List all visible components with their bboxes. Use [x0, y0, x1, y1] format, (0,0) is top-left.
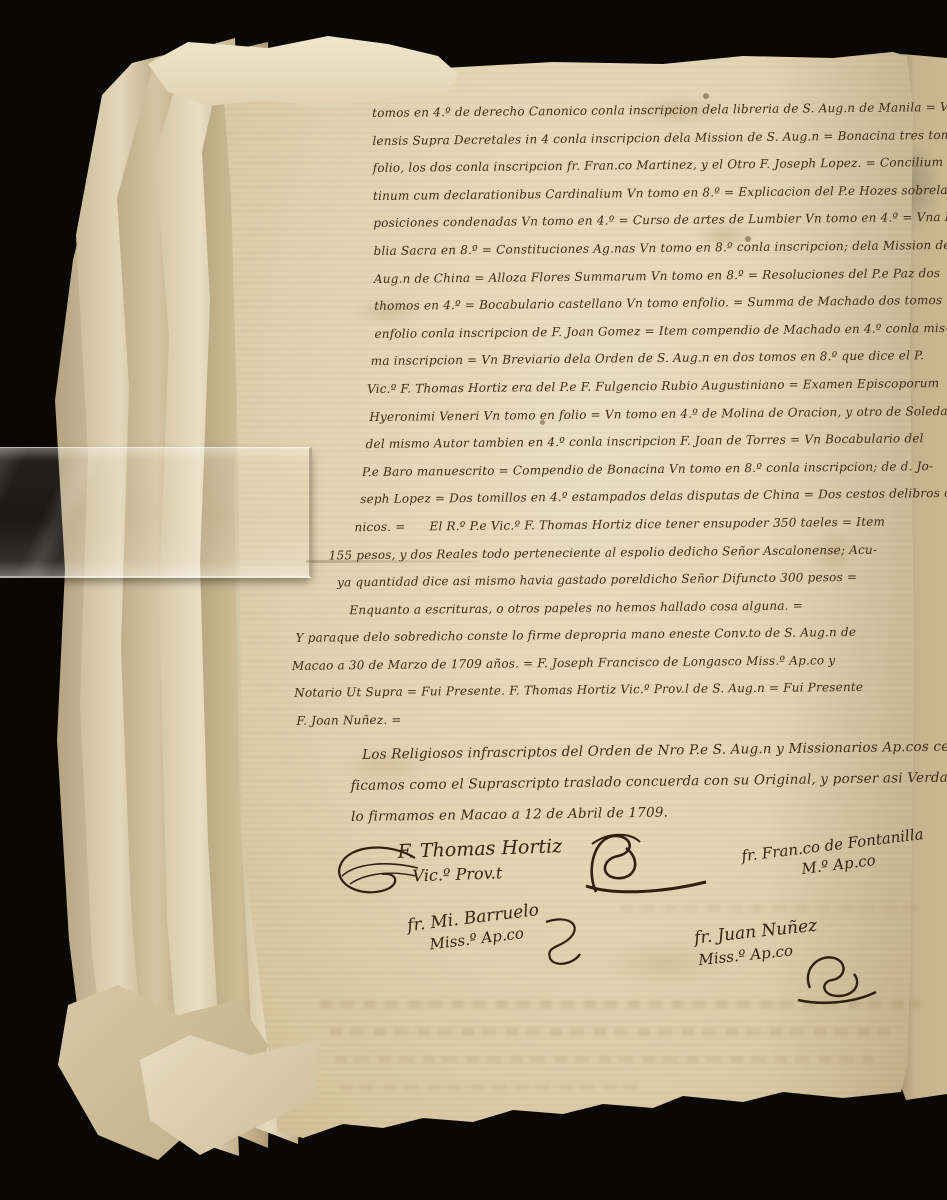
- signature-rubric: [556, 830, 716, 910]
- bleed-through-text: [340, 1084, 640, 1090]
- signature-rubric: [790, 948, 880, 1008]
- signature-thomas-hortiz: F. Thomas Hortiz Vic.º Prov.t: [397, 835, 563, 886]
- inventory-text-block: tomos en 4.º de derecho Canonico conla i…: [372, 94, 947, 735]
- certification-text-block: Los Religiosos infrascriptos del Orden d…: [350, 732, 946, 833]
- signature-rubric: [536, 912, 586, 970]
- plastic-page-holder: [0, 447, 312, 578]
- paper-crease: [306, 560, 481, 563]
- manuscript-photo: tomos en 4.º de derecho Canonico conla i…: [0, 0, 947, 1200]
- signature-name: F. Thomas Hortiz: [397, 835, 562, 863]
- bleed-through-text: [330, 1028, 890, 1036]
- bleed-through-text: [335, 1056, 875, 1063]
